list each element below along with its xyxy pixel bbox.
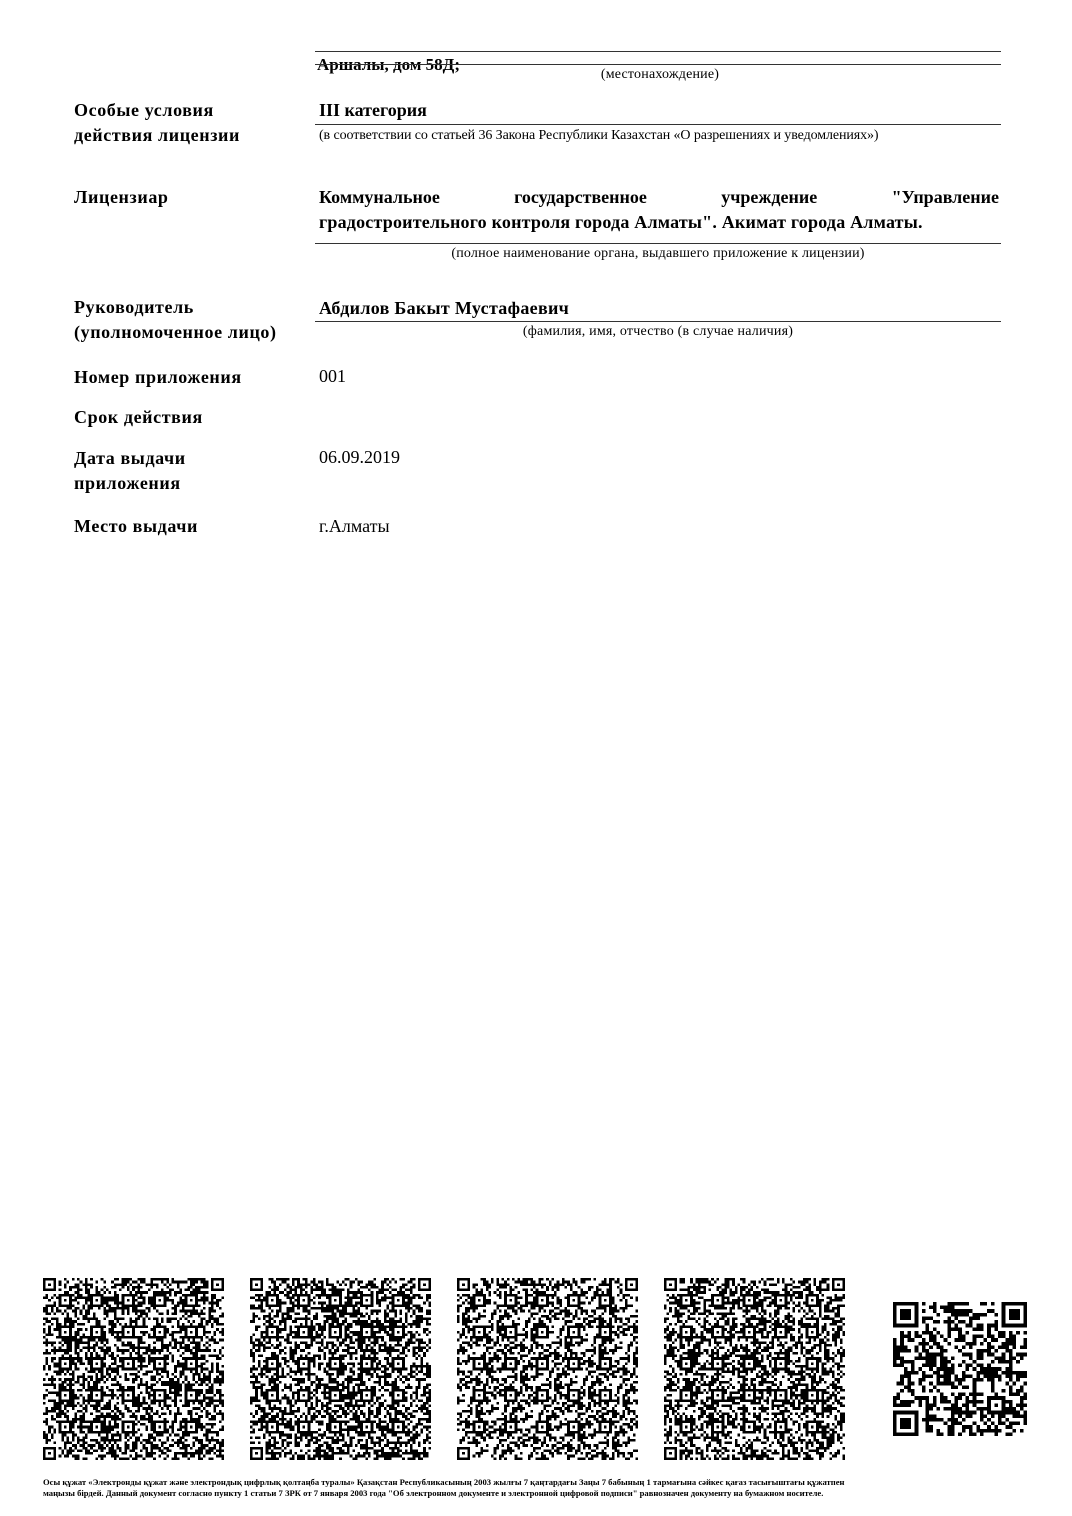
legal-footer: Осы құжат «Электронды құжат және электро… — [43, 1477, 1043, 1498]
validity-label: Срок действия — [74, 405, 203, 430]
licensor-caption: (полное наименование органа, выдавшего п… — [315, 245, 1001, 263]
special-conditions-value: III категория — [319, 98, 427, 123]
head-label: Руководитель (уполномоченное лицо) — [74, 295, 277, 345]
licensor-label: Лицензиар — [74, 185, 169, 210]
legal-footer-line1: Осы құжат «Электронды құжат және электро… — [43, 1477, 1043, 1488]
special-conditions-label-line2: действия лицензии — [74, 123, 240, 148]
signature-qr-code-1 — [43, 1278, 224, 1460]
qr-code-icon — [893, 1302, 1027, 1436]
signature-qr-code-3 — [457, 1278, 638, 1460]
issue-place-label: Место выдачи — [74, 514, 198, 539]
special-conditions-label-line1: Особые условия — [74, 98, 240, 123]
issue-place-value: г.Алматы — [319, 514, 390, 539]
issue-date-label: Дата выдачи приложения — [74, 446, 186, 496]
qr-code-icon — [250, 1278, 431, 1460]
licensor-value: Коммунальное государственное учреждение … — [319, 185, 999, 235]
qr-code-icon — [664, 1278, 845, 1460]
verification-qr-code — [893, 1302, 1027, 1436]
location-underline — [315, 64, 1001, 65]
head-value: Абдилов Бакыт Мустафаевич — [319, 296, 569, 321]
issue-date-label-line1: Дата выдачи — [74, 446, 186, 471]
signature-qr-code-2 — [250, 1278, 431, 1460]
special-conditions-label: Особые условия действия лицензии — [74, 98, 240, 148]
legal-footer-line2: маңызы бірдей. Данный документ согласно … — [43, 1488, 1043, 1499]
head-caption: (фамилия, имя, отчество (в случае наличи… — [315, 323, 1001, 341]
qr-code-icon — [457, 1278, 638, 1460]
special-conditions-underline — [315, 124, 1001, 125]
location-caption: (местонахождение) — [530, 66, 790, 84]
qr-code-icon — [43, 1278, 224, 1460]
issue-date-label-line2: приложения — [74, 471, 186, 496]
head-label-line1: Руководитель — [74, 295, 277, 320]
head-label-line2: (уполномоченное лицо) — [74, 320, 277, 345]
licensor-underline — [315, 243, 1001, 244]
signature-qr-code-4 — [664, 1278, 845, 1460]
licensor-value-line1: Коммунальное государственное учреждение … — [319, 185, 999, 210]
licensor-value-line2: градостроительного контроля города Алмат… — [319, 210, 999, 235]
appendix-number-label: Номер приложения — [74, 365, 242, 390]
issue-date-value: 06.09.2019 — [319, 445, 400, 470]
appendix-number-value: 001 — [319, 364, 346, 389]
special-conditions-caption: (в соответствии со статьей 36 Закона Рес… — [319, 127, 1009, 145]
head-underline — [315, 321, 1001, 322]
